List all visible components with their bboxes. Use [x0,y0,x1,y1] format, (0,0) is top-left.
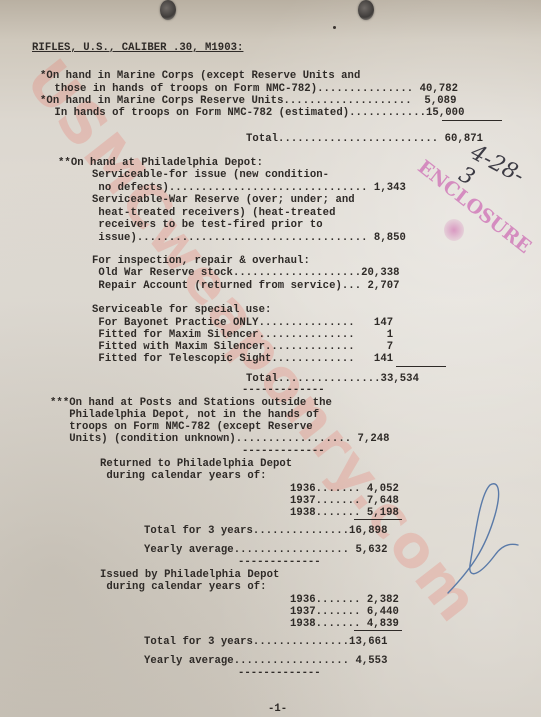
posts-line: Units) (condition unknown)..............… [50,433,390,445]
separator: ------------- [238,556,321,568]
depot-line: receivers to be test-fired prior to [92,219,323,231]
depot-line: Fitted for Telescopic Sight.............… [92,353,393,365]
underline-rule [442,120,502,121]
inspection-heading: For inspection, repair & overhaul: [92,255,310,267]
mc-line-3: *On hand in Marine Corps Reserve Units..… [40,95,456,107]
issued-year-row: 1936....... 2,382 [290,594,399,606]
punch-hole [160,0,176,20]
depot-line: Old War Reserve stock...................… [92,267,400,279]
returned-year-row: 1938....... 5,198 [290,507,399,519]
issued-year-row: 1937....... 6,440 [290,606,399,618]
punch-hole [358,0,374,20]
returned-year-row: 1937....... 7,648 [290,495,399,507]
paper-speck [333,26,336,29]
returned-heading: Returned to Philadelphia Depot [100,458,292,470]
separator: ------------- [238,667,321,679]
issued-heading: Issued by Philadelphia Depot [100,569,279,581]
page-number: -1- [268,703,287,715]
depot-line: Fitted for Maxim Silencer...............… [92,329,393,341]
issued-year-row: 1938....... 4,839 [290,618,399,630]
mc-line-1: *On hand in Marine Corps (except Reserve… [40,70,360,82]
depot-line: issue)..................................… [92,232,406,244]
depot-heading: **On hand at Philadelphia Depot: [58,157,263,169]
posts-line: ***On hand at Posts and Stations outside… [50,397,332,409]
returned-heading: during calendar years of: [100,470,267,482]
ink-blot [444,219,464,241]
underline-rule [396,366,446,367]
signature-scribble [440,475,520,605]
separator: ------------- [242,445,325,457]
depot-line: Fitted with Maxim Silencer..............… [92,341,393,353]
underline-rule [354,630,402,631]
depot-line: Repair Account (returned from service)..… [92,280,400,292]
document-title: RIFLES, U.S., CALIBER .30, M1903: [32,42,243,54]
depot-line: Serviceable-War Reserve (over; under; an… [92,194,355,206]
returned-average: Yearly average.................. 5,632 [144,544,387,556]
underline-rule [354,519,402,520]
mc-line-2: those in hands of troops on Form NMC-782… [48,83,458,95]
issued-heading: during calendar years of: [100,581,267,593]
special-use-heading: Serviceable for special use: [92,304,271,316]
returned-total: Total for 3 years...............16,898 [144,525,387,537]
issued-average: Yearly average.................. 4,553 [144,655,387,667]
depot-line: Serviceable-for issue (new condition- [92,169,329,181]
returned-year-row: 1936....... 4,052 [290,483,399,495]
depot-line: For Bayonet Practice ONLY...............… [92,317,393,329]
mc-line-4: In hands of troops on Form NMC-782 (esti… [48,107,464,119]
posts-line: Philadelphia Depot, not in the hands of [50,409,319,421]
mc-total: Total......................... 60,871 [246,133,483,145]
posts-line: troops on Form NMC-782 (except Reserve [50,421,313,433]
issued-total: Total for 3 years...............13,661 [144,636,387,648]
depot-line: heat-treated receivers) (heat-treated [92,207,335,219]
separator: ------------- [242,384,325,396]
depot-line: no defects).............................… [92,182,406,194]
